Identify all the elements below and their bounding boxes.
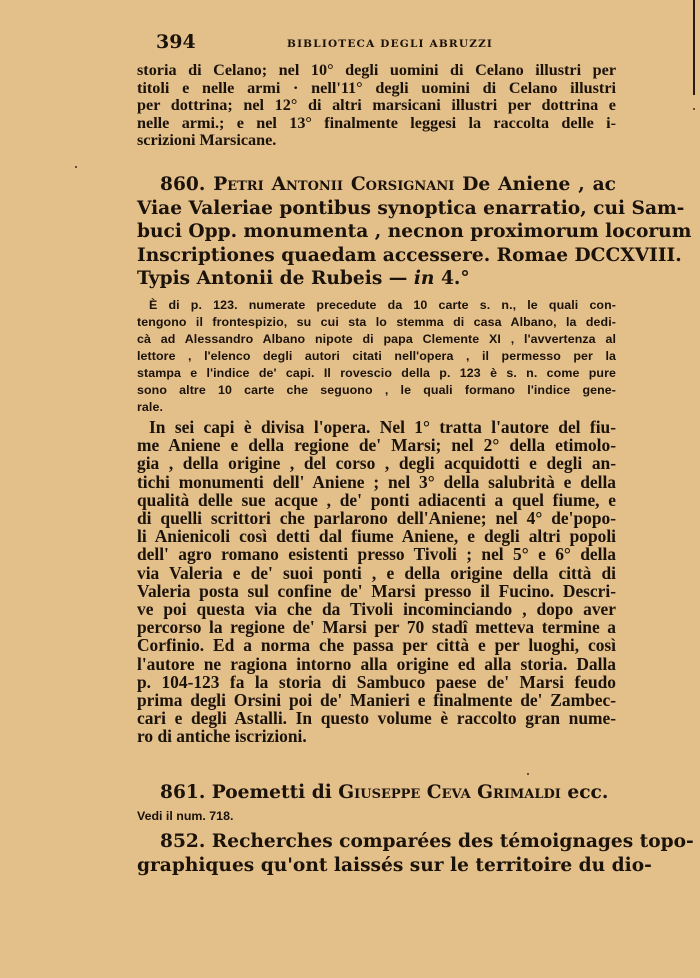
ink-speck [693, 108, 695, 110]
text-line: titoli e nelle armi · nell'11° degli uom… [137, 80, 616, 98]
page-edge-line [693, 0, 695, 95]
continuation-paragraph: storia di Celano; nel 10° degli uomini d… [137, 62, 616, 150]
body-line: di quelli scrittori che parlarono dell'A… [137, 509, 616, 527]
note-line: stampa e l'indice de' capi. Il rovescio … [137, 365, 616, 382]
entry-suffix: ecc. [567, 782, 608, 803]
ink-speck [527, 773, 529, 775]
entry-861-heading: 861. Poemetti di Giuseppe Ceva Grimaldi … [137, 781, 616, 805]
entry-author: Petri Antonii Corsignani [213, 174, 454, 195]
body-line: qualità delle sue acque , de' ponti adia… [137, 491, 616, 509]
entry-heading-line: 852. Recherches comparées des témoignage… [137, 830, 616, 854]
body-line: l'autore ne ragiona intorno alla origine… [137, 655, 616, 673]
entry-author: Giuseppe Ceva Grimaldi [338, 782, 561, 803]
format-value: 4.° [441, 268, 470, 289]
body-line: Valeria posta sul confine de' Marsi pres… [137, 582, 616, 600]
body-line: gia , della origine , del corso , degli … [137, 454, 616, 472]
body-line: p. 104-123 fa la storia di Sambuco paese… [137, 673, 616, 691]
body-line: Corfinio. Ed a norma che passa per città… [137, 636, 616, 654]
text-line: scrizioni Marsicane. [137, 132, 616, 150]
entry-heading-line: buci Opp. monumenta , necnon proximorum … [137, 220, 616, 244]
note-line: sono altre 10 carte che seguono , le qua… [137, 382, 616, 399]
note-line: cà ad Alessandro Albano nipote di papa C… [137, 331, 616, 348]
note-line: tengono il frontespizio, su cui sta lo s… [137, 314, 616, 331]
entry-861-note: Vedi il num. 718. [137, 808, 616, 825]
entry-heading-line: 860. Petri Antonii Corsignani De Aniene … [137, 173, 616, 197]
body-line: In sei capi è divisa l'opera. Nel 1° tra… [137, 418, 616, 436]
body-line: ve poi questa via che da Tivoli incominc… [137, 600, 616, 618]
body-line: cari e degli Astalli. In questo volume è… [137, 709, 616, 727]
format-prefix: in [414, 268, 435, 289]
scanned-book-page: 394 BIBLIOTECA DEGLI ABRUZZI storia di C… [0, 0, 700, 978]
entry-860-description: In sei capi è divisa l'opera. Nel 1° tra… [137, 418, 616, 746]
cross-reference: Vedi il num. 718. [137, 808, 616, 825]
body-line: dell' agro romano esistenti presso Tivol… [137, 545, 616, 563]
entry-title-start: Recherches comparées des témoignages top… [212, 831, 694, 852]
entry-860-heading: 860. Petri Antonii Corsignani De Aniene … [137, 173, 616, 291]
body-line: via Valeria e de' suoi ponti , e della o… [137, 564, 616, 582]
entry-number: 861. [160, 782, 205, 803]
entry-heading-line: Typis Antonii de Rubeis — in 4.° [137, 267, 616, 291]
body-line: ro di antiche iscrizioni. [137, 727, 616, 745]
entry-number: 860. [160, 174, 205, 195]
entry-title-start: De Aniene , ac [462, 174, 616, 195]
imprint-text: Typis Antonii de Rubeis — [137, 268, 407, 289]
entry-852-heading: 852. Recherches comparées des témoignage… [137, 830, 616, 877]
running-head: BIBLIOTECA DEGLI ABRUZZI [287, 38, 493, 50]
body-line: tichi monumenti dell' Aniene ; nel 3° de… [137, 473, 616, 491]
note-line: lettore , l'elenco degli autori citati n… [137, 348, 616, 365]
body-line: prima degli Orsini poi de' Manieri e fin… [137, 691, 616, 709]
note-line: rale. [137, 399, 616, 416]
text-line: per dottrina; nel 12° di altri marsicani… [137, 97, 616, 115]
text-line: storia di Celano; nel 10° degli uomini d… [137, 62, 616, 80]
body-line: me Aniene e della regione de' Marsi; nel… [137, 436, 616, 454]
entry-title: Poemetti di [212, 782, 332, 803]
entry-number: 852. [160, 831, 205, 852]
ink-speck [75, 166, 77, 168]
entry-heading-line: Viae Valeriae pontibus synoptica enarrat… [137, 197, 616, 221]
entry-heading-line: Inscriptiones quaedam accessere. Romae D… [137, 244, 616, 268]
note-line: È di p. 123. numerate precedute da 10 ca… [137, 297, 616, 314]
text-line: nelle armi.; e nel 13° finalmente legges… [137, 115, 616, 133]
body-line: percorso la regione de' Marsi per 70 sta… [137, 618, 616, 636]
entry-heading-line: graphiques qu'ont laissés sur le territo… [137, 854, 616, 878]
page-number: 394 [156, 31, 196, 53]
entry-860-note: È di p. 123. numerate precedute da 10 ca… [137, 297, 616, 416]
body-line: li Anienicoli così detti dal fiume Anien… [137, 527, 616, 545]
entry-heading-line: 861. Poemetti di Giuseppe Ceva Grimaldi … [137, 781, 616, 805]
